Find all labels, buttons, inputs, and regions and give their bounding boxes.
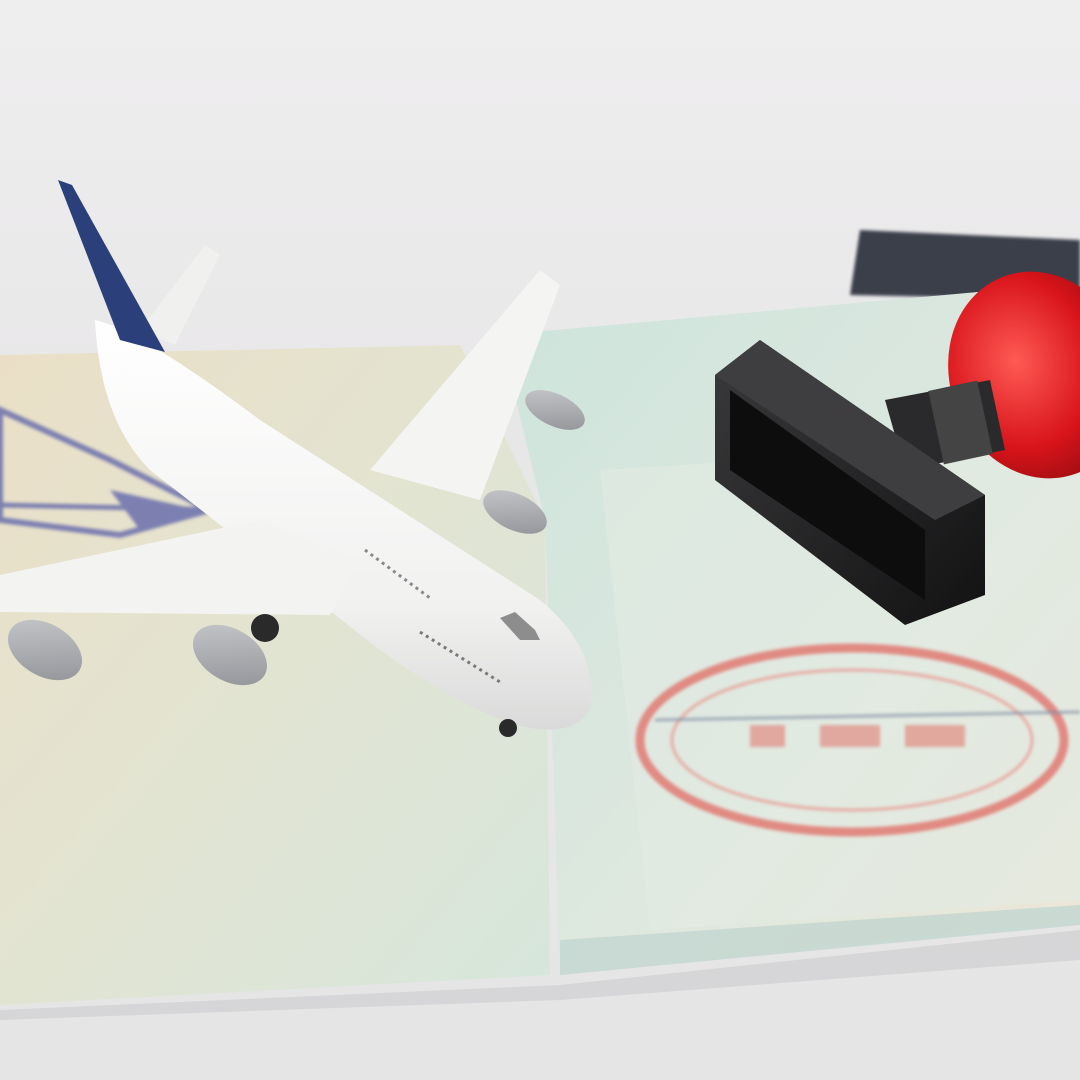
scene-illustration <box>0 0 1080 1080</box>
photo-scene <box>0 0 1080 1080</box>
